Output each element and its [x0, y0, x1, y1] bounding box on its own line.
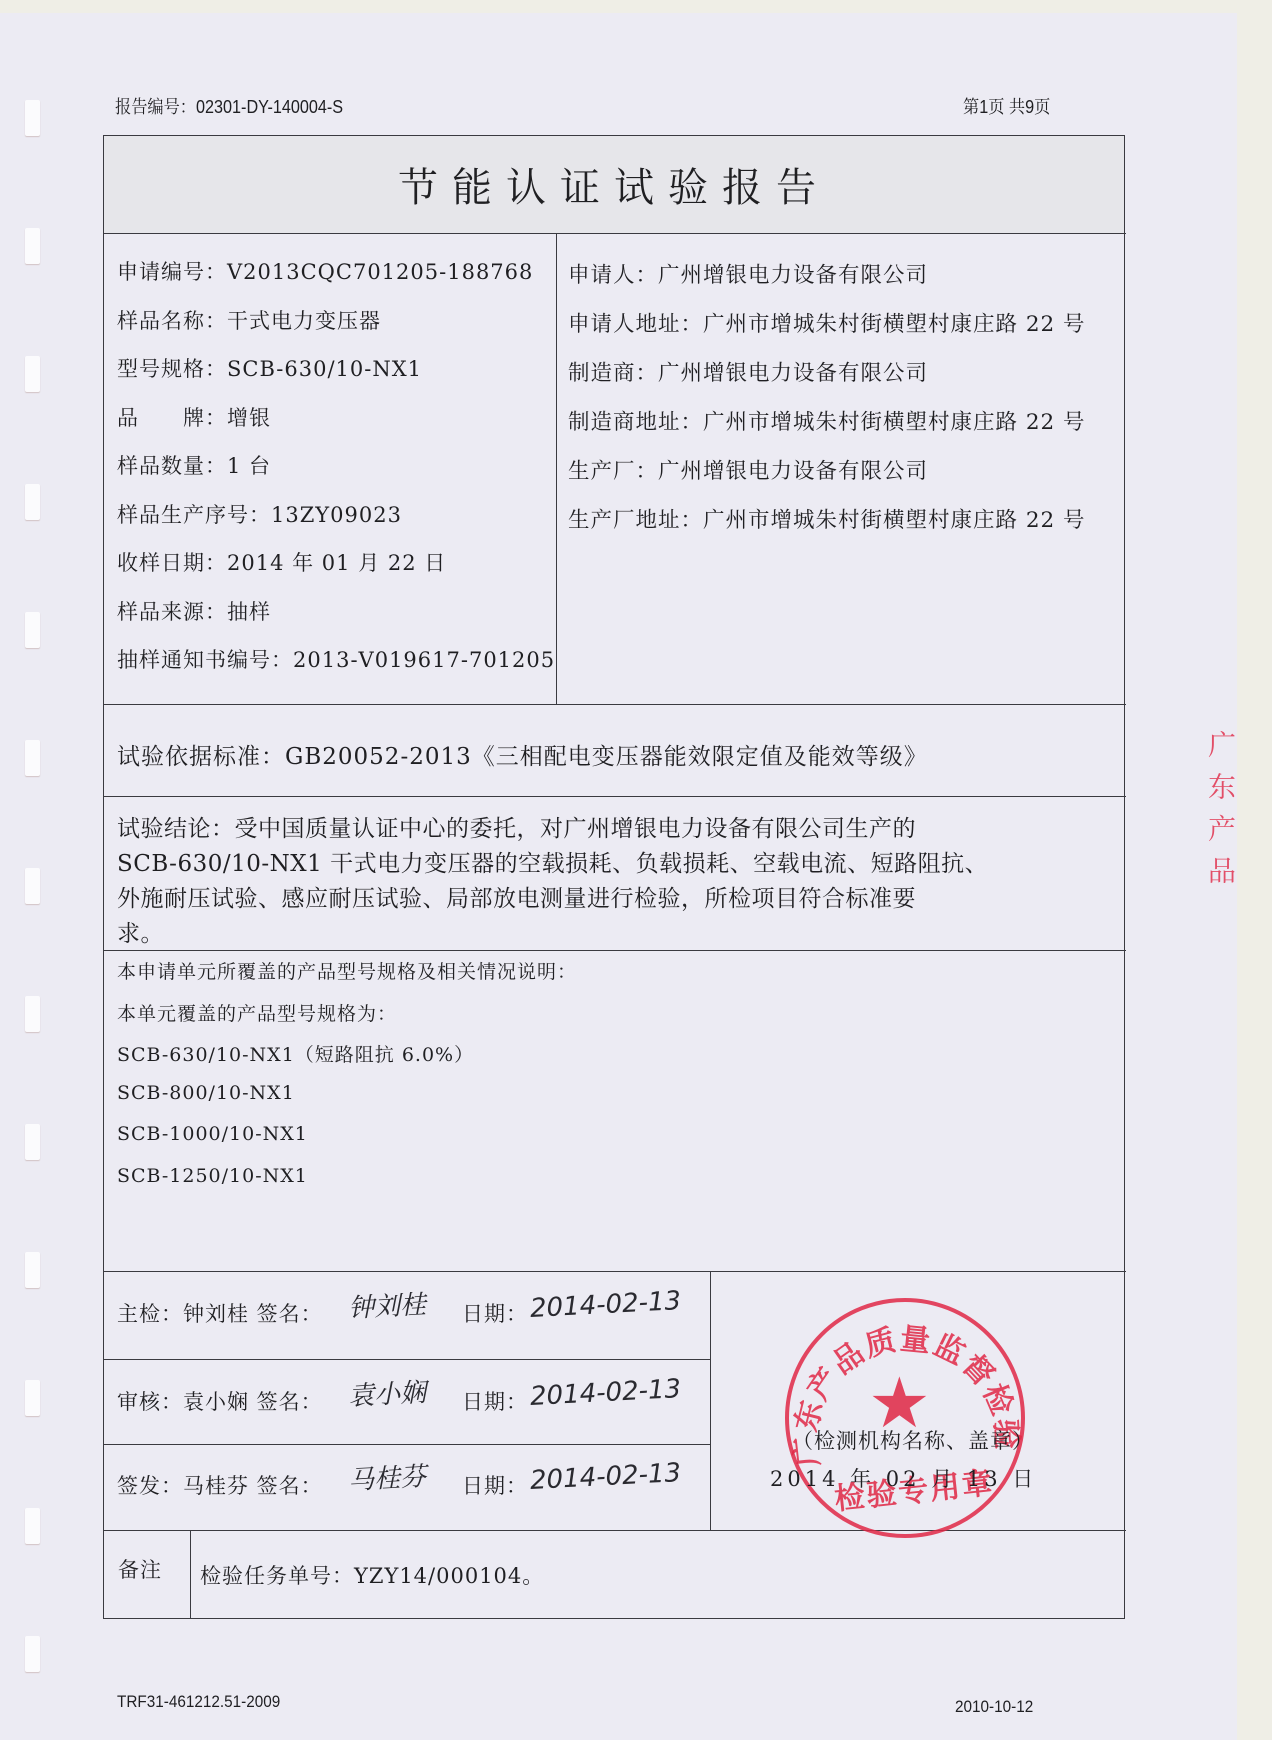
binder-hole — [25, 996, 40, 1032]
divider — [103, 1444, 710, 1445]
seal-date: 2014 年 02 月 13 日 — [770, 1463, 1037, 1493]
info-field: 申请人地址：广州市增城朱村街横塱村康庄路 22 号 — [568, 307, 1086, 338]
binder-hole — [25, 356, 40, 392]
binder-hole — [25, 484, 40, 520]
info-field: 申请人：广州增银电力设备有限公司 — [568, 258, 928, 289]
page-info: 第1页 共9页 — [963, 93, 1050, 119]
divider — [103, 233, 1126, 234]
info-field: 收样日期：2014 年 01 月 22 日 — [117, 547, 446, 577]
divider — [103, 796, 1126, 797]
handwritten-signature: 袁小娴 — [347, 1372, 427, 1413]
binder-hole — [25, 1636, 40, 1672]
binder-hole — [25, 1252, 40, 1288]
conclusion-line: 求。 — [117, 915, 164, 948]
remarks-label: 备注 — [118, 1554, 162, 1584]
binder-hole — [25, 100, 40, 136]
conclusion-line: SCB-630/10-NX1 干式电力变压器的空载损耗、负载损耗、空载电流、短路… — [117, 845, 988, 878]
info-field: 抽样通知书编号：2013-V019617-701205 — [117, 644, 555, 674]
seal-caption: （检测机构名称、盖章） — [792, 1425, 1034, 1455]
date-label: 日期： — [462, 1298, 528, 1328]
divider — [190, 1530, 191, 1619]
info-field: 品 牌：增银 — [117, 402, 271, 432]
form-date: 2010-10-12 — [955, 1697, 1033, 1717]
divider — [103, 1359, 710, 1360]
info-field: 制造商地址：广州市增城朱村街横塱村康庄路 22 号 — [568, 405, 1086, 436]
binder-hole — [25, 868, 40, 904]
remarks-value: 检验任务单号：YZY14/000104。 — [200, 1560, 544, 1590]
report-number: 报告编号：02301-DY-140004-S — [115, 93, 343, 119]
binder-hole — [25, 1508, 40, 1544]
divider — [556, 233, 557, 704]
signer-role: 签发：马桂芬 签名： — [117, 1470, 323, 1500]
signer-role: 审核：袁小娴 签名： — [117, 1386, 323, 1416]
info-field: 样品生产序号：13ZY09023 — [117, 499, 402, 529]
info-field: 样品名称：干式电力变压器 — [117, 305, 381, 335]
conclusion-line: 试验结论：受中国质量认证中心的委托，对广州增银电力设备有限公司生产的 — [117, 810, 916, 843]
info-field: 申请编号：V2013CQC701205-188768 — [117, 256, 533, 286]
conclusion-line: 外施耐压试验、感应耐压试验、局部放电测量进行检验，所检项目符合标准要 — [117, 880, 916, 913]
binder-hole — [25, 1124, 40, 1160]
info-field: 样品数量：1 台 — [117, 450, 271, 480]
handwritten-signature: 钟刘桂 — [347, 1284, 427, 1325]
binder-hole — [25, 228, 40, 264]
edge-seal-fragment: 广东产品 — [1200, 730, 1240, 898]
info-field: 样品来源：抽样 — [117, 596, 271, 626]
covered-model: SCB-1250/10-NX1 — [117, 1165, 308, 1187]
covered-model: SCB-800/10-NX1 — [117, 1082, 295, 1104]
binder-hole — [25, 1380, 40, 1416]
test-standard: 试验依据标准：GB20052-2013《三相配电变压器能效限定值及能效等级》 — [117, 738, 928, 771]
coverage-heading: 本申请单元所覆盖的产品型号规格及相关情况说明： — [117, 957, 577, 984]
info-field: 制造商：广州增银电力设备有限公司 — [568, 356, 928, 387]
info-field: 型号规格：SCB-630/10-NX1 — [117, 353, 422, 383]
handwritten-signature: 马桂芬 — [347, 1456, 427, 1497]
info-field: 生产厂地址：广州市增城朱村街横塱村康庄路 22 号 — [568, 503, 1086, 534]
divider — [103, 950, 1126, 951]
divider — [710, 1271, 711, 1530]
form-number: TRF31-461212.51-2009 — [117, 1692, 280, 1712]
divider — [103, 1271, 1126, 1272]
binder-hole — [25, 740, 40, 776]
date-label: 日期： — [462, 1470, 528, 1500]
signer-role: 主检：钟刘桂 签名： — [117, 1298, 323, 1328]
covered-model: SCB-630/10-NX1（短路阻抗 6.0%） — [117, 1040, 474, 1067]
binder-hole — [25, 612, 40, 648]
divider — [103, 704, 1126, 705]
date-label: 日期： — [462, 1386, 528, 1416]
info-field: 生产厂：广州增银电力设备有限公司 — [568, 454, 928, 485]
covered-model: SCB-1000/10-NX1 — [117, 1123, 308, 1145]
coverage-subheading: 本单元覆盖的产品型号规格为： — [117, 999, 397, 1026]
